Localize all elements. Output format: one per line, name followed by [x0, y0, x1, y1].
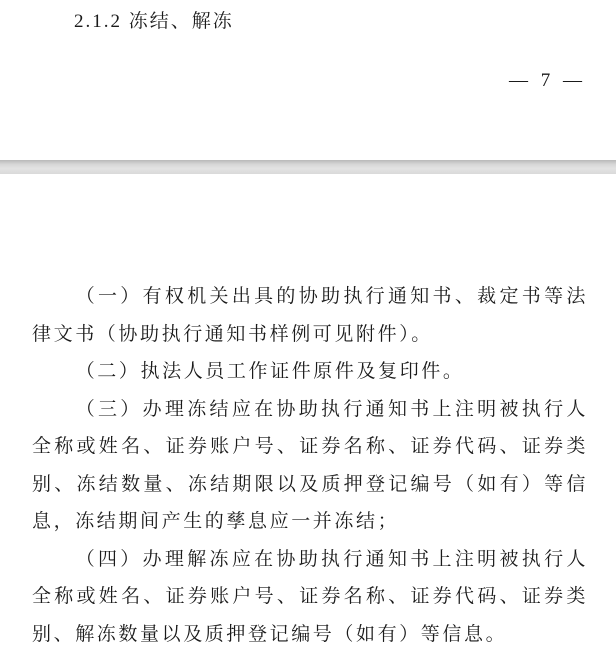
- paragraph-3: （三）办理冻结应在协助执行通知书上注明被执行人全称或姓名、证券账户号、证券名称、…: [32, 391, 588, 541]
- page-separator: [0, 160, 616, 174]
- previous-page-bottom: 2.1.2 冻结、解冻 — 7 —: [0, 0, 616, 160]
- page-number: — 7 —: [509, 70, 586, 92]
- section-heading: 2.1.2 冻结、解冻: [74, 6, 234, 33]
- paragraph-1: （一）有权机关出具的协助执行通知书、裁定书等法律文书（协助执行通知书样例可见附件…: [32, 278, 588, 353]
- paragraph-2: （二）执法人员工作证件原件及复印件。: [32, 353, 588, 391]
- paragraph-4: （四）办理解冻应在协助执行通知书上注明被执行人全称或姓名、证券账户号、证券名称、…: [32, 541, 588, 647]
- document-body: （一）有权机关出具的协助执行通知书、裁定书等法律文书（协助执行通知书样例可见附件…: [32, 278, 588, 647]
